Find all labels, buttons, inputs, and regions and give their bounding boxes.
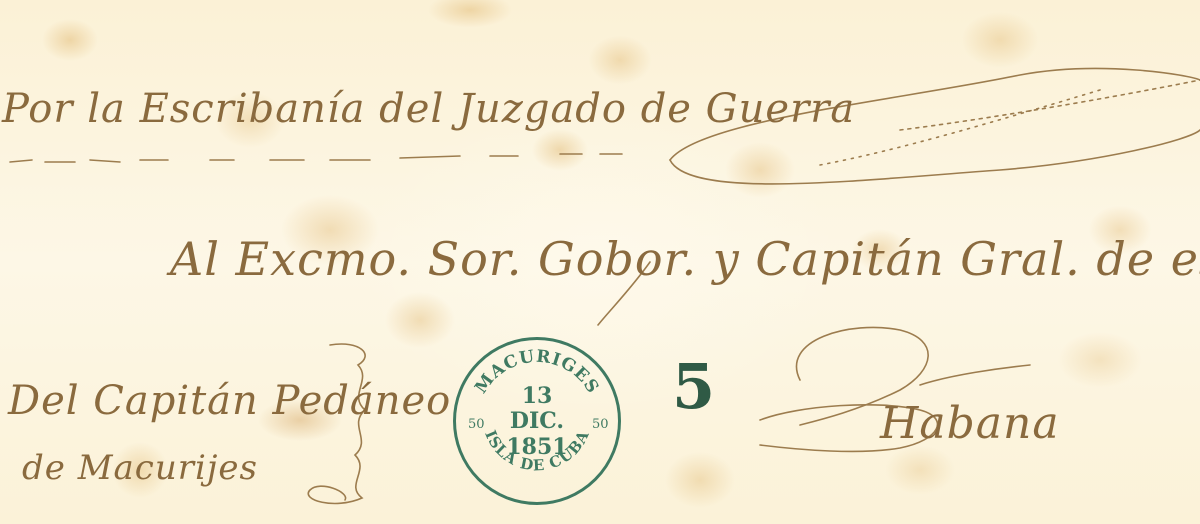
sender-line-2: de Macurijes	[22, 448, 258, 488]
sender-line-1: Del Capitán Pedáneo	[8, 378, 451, 424]
postmark-year: 1851	[456, 436, 618, 458]
addressee-line: Al Excmo. Sor. Gobor. y Capitán Gral. de…	[170, 232, 1200, 286]
postmark-day: 13	[456, 385, 618, 407]
circular-postmark: MACURIGES ISLA DE CUBA 50 50 13 DIC. 185…	[453, 337, 621, 505]
postal-rate-mark: 5	[672, 350, 715, 423]
destination-line: Habana	[880, 398, 1060, 449]
routing-line: Por la Escribanía del Juzgado de Guerra	[2, 86, 855, 132]
postmark-month: DIC.	[456, 410, 618, 432]
